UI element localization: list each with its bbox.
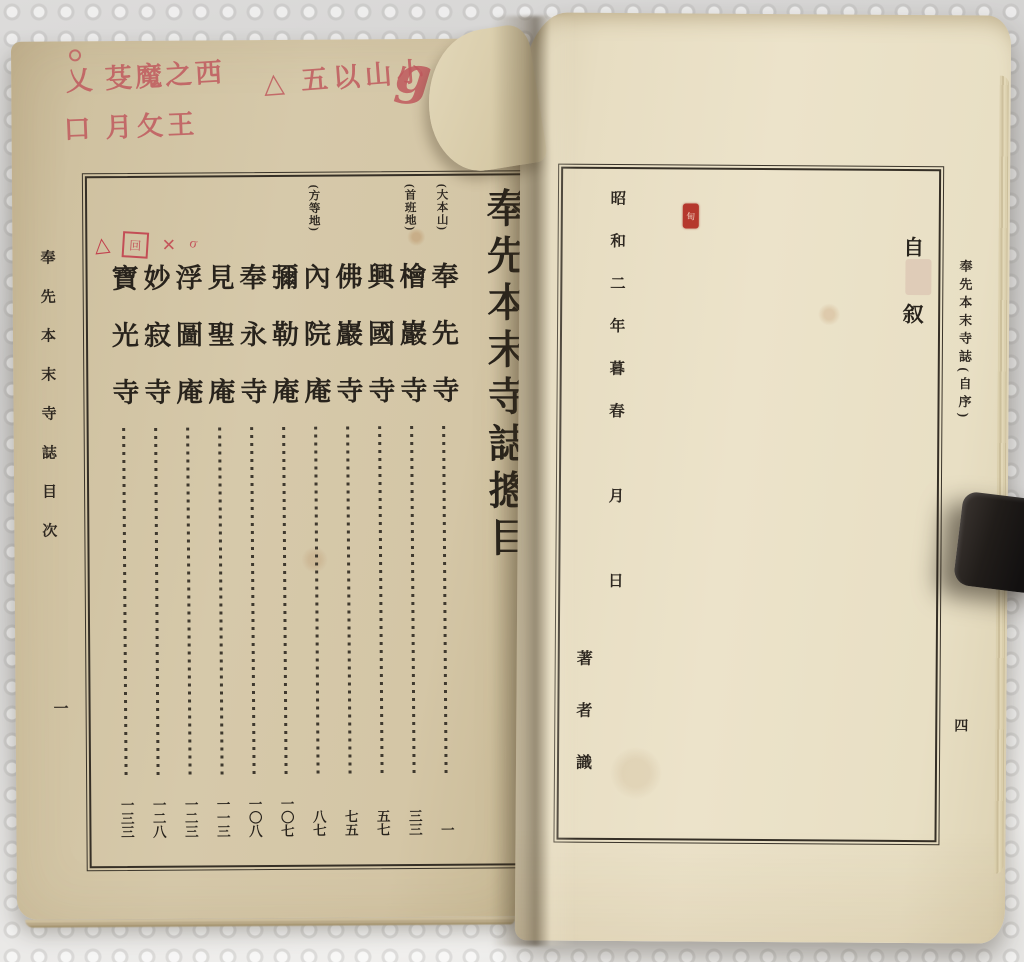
toc-entry-column: 興國寺 五七: [362, 180, 398, 860]
toc-dotted-leader: [282, 427, 287, 777]
preface-text-column: [657, 182, 675, 825]
toc-page-number: 一二三: [183, 797, 197, 838]
preface-text-column: [845, 184, 863, 827]
preface-text-column: [868, 184, 886, 827]
preface-content: 自叙 昭和二年暮春 月 日 著者識: [557, 168, 940, 842]
toc-temple-name: 檜巖寺: [396, 262, 424, 433]
toc-temple-name: 奉先寺: [428, 262, 456, 433]
toc-page-number: 七五: [343, 809, 357, 836]
left-folio-number: 一: [54, 697, 69, 718]
toc-page-number: 一〇八: [247, 797, 261, 838]
toc-page-number: 五七: [375, 809, 389, 836]
preface-text-column: [680, 182, 698, 825]
toc-temple-name: 妙寂寺: [140, 264, 168, 435]
toc-dotted-leader: [154, 428, 159, 778]
handwritten-annotation: 口 月攵王: [63, 102, 199, 147]
toc-temple-name: 內院庵: [300, 263, 328, 434]
toc-temple-name: 奉永寺: [236, 263, 264, 434]
toc-dotted-leader: [218, 427, 223, 777]
toc-temple-name: 興國寺: [364, 262, 392, 433]
toc-entry-column: (大本山) 奉先寺 一: [426, 180, 462, 860]
toc-entry-column: (方等地) 內院庵 八七: [298, 181, 334, 861]
circle-mark: σ: [187, 237, 198, 252]
toc-entry-column: (首班地) 檜巖寺 三三: [394, 180, 430, 860]
toc-dotted-leader: [346, 426, 351, 776]
toc-entry-column: 寶光寺 一三三: [106, 182, 142, 862]
toc-entry-annotation: (大本山): [433, 184, 449, 231]
right-margin-caption: 奉先本末寺誌(自序): [954, 259, 974, 422]
left-margin-caption: 奉先本末寺誌目次: [36, 249, 59, 561]
preface-date-line: 昭和二年暮春 月 日: [607, 182, 627, 825]
toc-entry-annotation: (首班地): [401, 184, 417, 231]
preface-text-column: [633, 182, 651, 825]
toc-page-number: 一三三: [119, 797, 133, 838]
handwritten-annotation: 乂 芟魔之西: [64, 50, 226, 98]
toc-entry-column: 見聖庵 一一三: [202, 181, 238, 861]
toc-entry-column: 彌勒庵 一〇七: [266, 181, 302, 861]
toc-dotted-leader: [122, 428, 127, 778]
preface-border-frame: 自叙 昭和二年暮春 月 日 著者識: [553, 164, 944, 846]
toc-page-number: 一: [439, 822, 453, 836]
preface-text-column: [751, 183, 769, 826]
triangle-mark: △: [93, 234, 111, 256]
toc-entry-column: 佛巖寺 七五: [330, 180, 366, 860]
toc-temple-name: 佛巖寺: [332, 262, 360, 433]
toc-dotted-leader: [410, 426, 415, 776]
toc-temple-name: 彌勒庵: [268, 263, 296, 434]
toc-entry-column: 浮圖庵 一二三: [170, 181, 206, 861]
toc-dotted-leader: [314, 427, 319, 777]
toc-dotted-leader: [442, 426, 447, 776]
toc-entry-annotation: (方等地): [305, 185, 321, 232]
toc-entry-column: 妙寂寺 一二八: [138, 182, 174, 862]
cross-mark: ✕: [162, 236, 176, 253]
right-page: 奉先本末寺誌(自序) 四 甸 自叙 昭和二年暮春 月 日 著者識: [515, 12, 1011, 943]
toc-dotted-leader: [186, 428, 191, 778]
preface-text-column: [821, 183, 839, 826]
toc-page-number: 一二八: [151, 797, 165, 838]
toc-content: 奉先本末寺誌摠目 (大本山) 奉先寺 一 (首班地) 檜巖寺 三三 興國: [91, 179, 535, 862]
toc-dotted-leader: [378, 426, 383, 776]
square-stamp-mark: 回: [122, 231, 150, 259]
preface-author-signature: 著者識: [576, 182, 597, 825]
toc-entry-column: 奉永寺 一〇八: [234, 181, 270, 861]
book-photo-scene: 乂 芟魔之西 △ 五以山小 g 口 月攵王 奉先本末寺誌目次 一 奉先本末寺誌摠…: [0, 0, 1024, 962]
toc-dotted-leader: [250, 427, 255, 777]
toc-border-frame: 奉先本末寺誌摠目 (大本山) 奉先寺 一 (首班地) 檜巖寺 三三 興國: [82, 170, 544, 871]
preface-text-column: [704, 183, 722, 826]
preface-title: 自叙: [894, 184, 928, 827]
toc-temple-name: 見聖庵: [204, 263, 232, 434]
right-folio-number: 四: [954, 715, 968, 735]
preface-text-column: [727, 183, 745, 826]
toc-page-number: 八七: [311, 810, 325, 837]
toc-temple-name: 浮圖庵: [172, 263, 200, 434]
left-page: 乂 芟魔之西 △ 五以山小 g 口 月攵王 奉先本末寺誌目次 一 奉先本末寺誌摠…: [11, 38, 529, 920]
preface-text-column: [798, 183, 816, 826]
toc-page-number: 一〇七: [279, 796, 293, 837]
toc-temple-name: 寶光寺: [108, 264, 136, 435]
black-clip: [953, 491, 1024, 596]
toc-page-number: 三三: [407, 809, 421, 836]
preface-text-column: [774, 183, 792, 826]
red-check-marks: △ 回 ✕ σ: [94, 232, 196, 259]
toc-page-number: 一一三: [215, 797, 229, 838]
